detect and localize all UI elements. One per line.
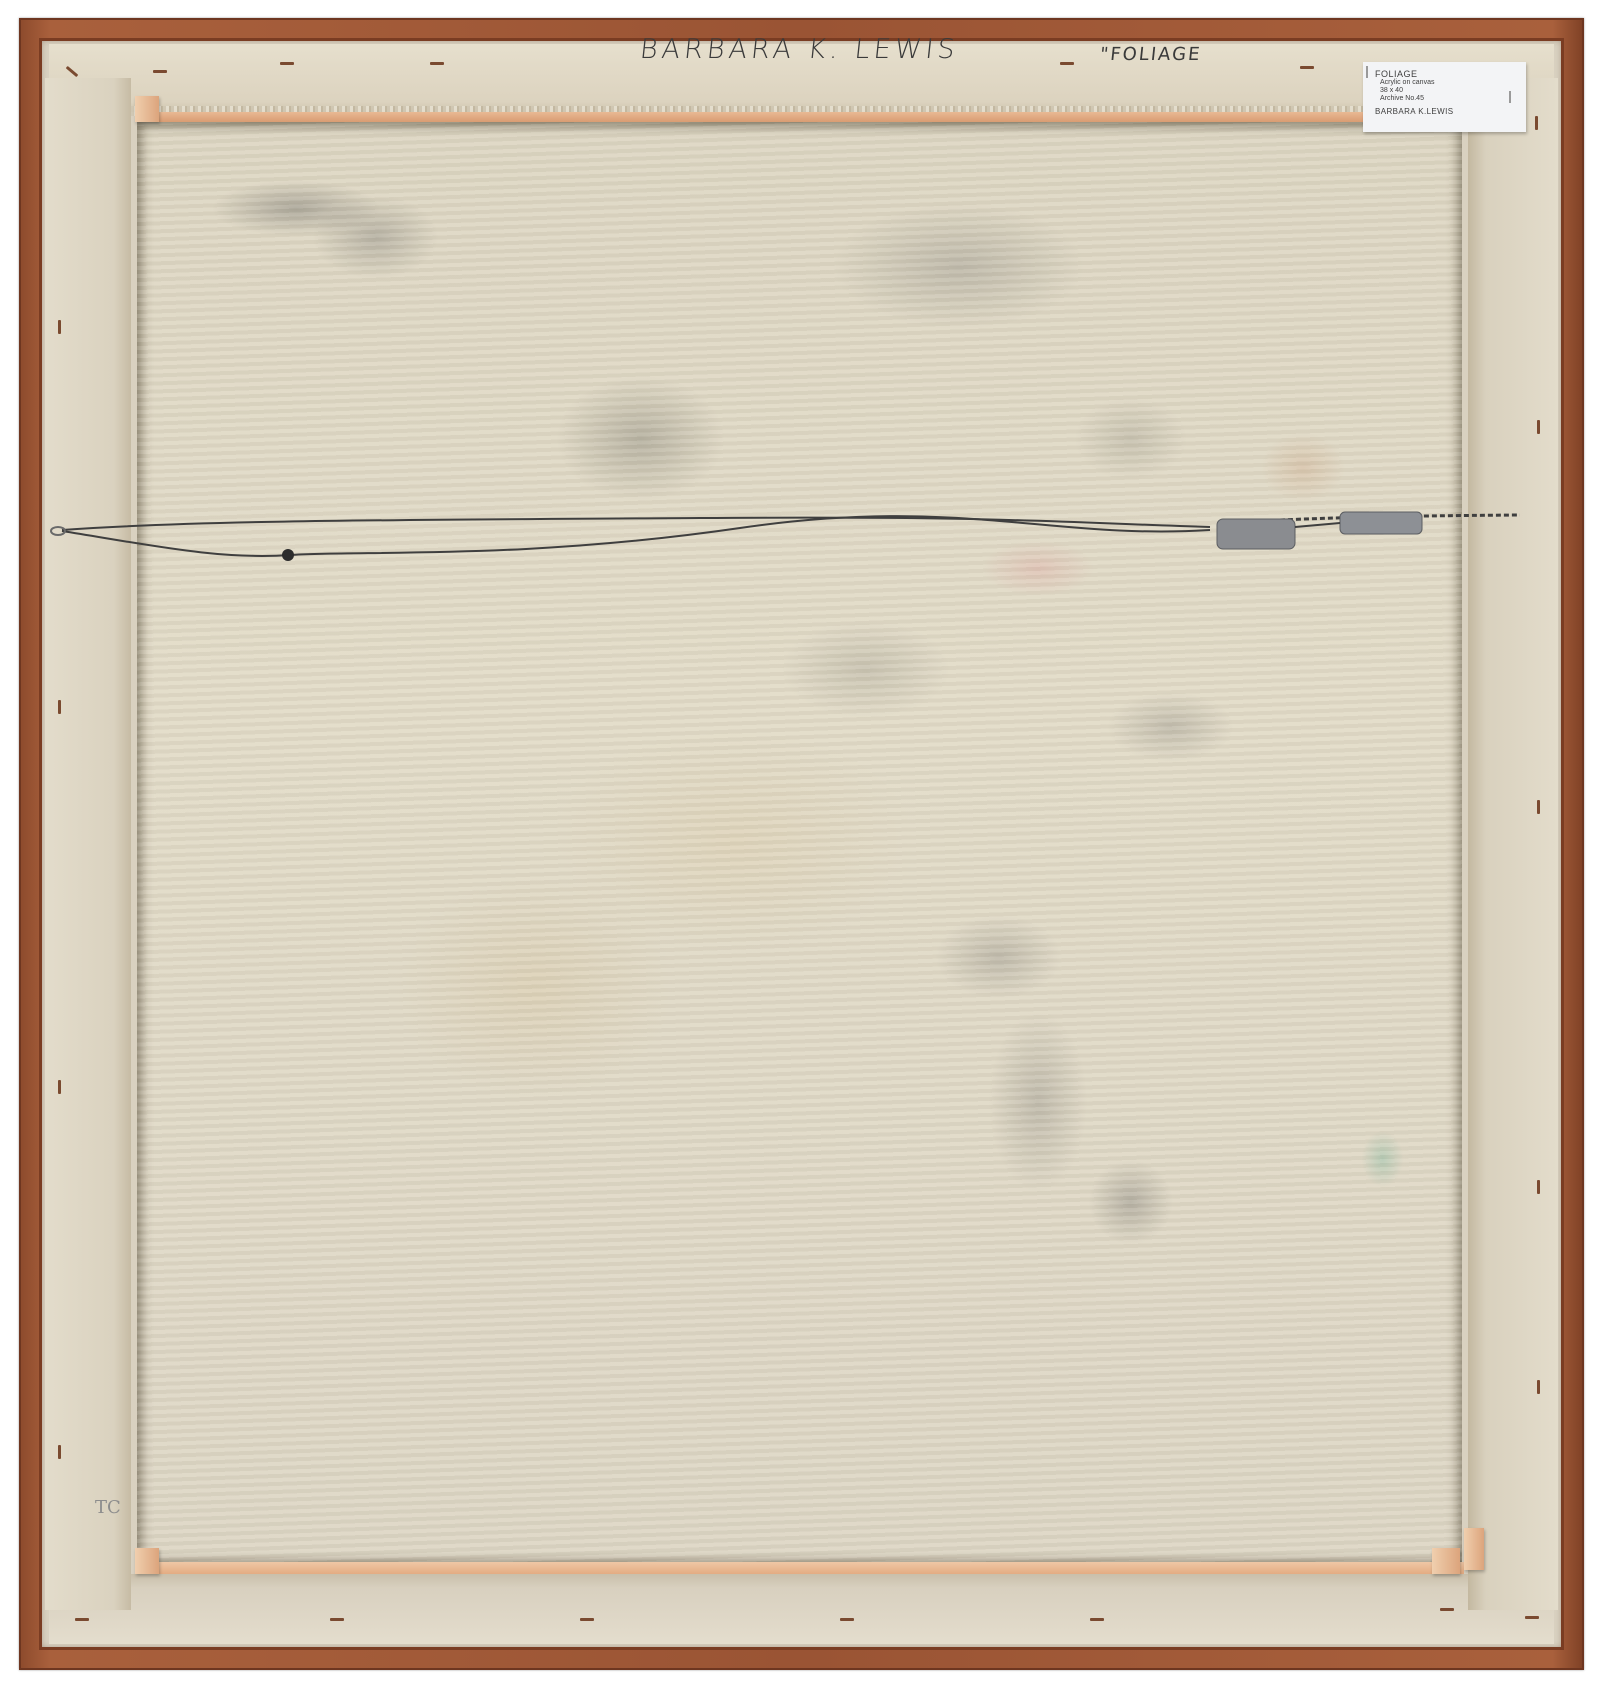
- canvas-back-surface: [137, 122, 1462, 1562]
- label-archive-number: Archive No.45: [1375, 95, 1526, 103]
- canvas-fold-bottom: [49, 1574, 1554, 1644]
- picture-frame: [19, 18, 1584, 1670]
- archive-label: FOLIAGE Acrylic on canvas 38 x 40 Archiv…: [1363, 62, 1526, 132]
- pencil-inscription-artist: BARBARA K. LEWIS: [638, 34, 960, 65]
- staple: [430, 62, 444, 65]
- label-title: FOLIAGE: [1375, 69, 1526, 79]
- staple: [1525, 1616, 1539, 1619]
- label-staple: [1366, 66, 1368, 78]
- staple: [1537, 1180, 1540, 1194]
- corner-mark: TC: [95, 1497, 121, 1518]
- canvas-fold-left: [45, 78, 131, 1610]
- staple: [330, 1618, 344, 1621]
- staple: [1300, 66, 1314, 69]
- staple: [1535, 116, 1538, 130]
- stretcher-key-bottom-right-vertical: [1464, 1528, 1484, 1570]
- stretcher-key-bottom-right: [1432, 1548, 1460, 1574]
- staple: [1440, 1608, 1454, 1611]
- staple: [840, 1618, 854, 1621]
- label-staple: [1509, 91, 1511, 103]
- pencil-inscription-title: "FOLIAGE: [1099, 44, 1203, 65]
- stretcher-bar-top: [135, 112, 1464, 122]
- staple: [580, 1618, 594, 1621]
- staple: [153, 70, 167, 73]
- staple: [58, 1445, 61, 1459]
- staple: [58, 700, 61, 714]
- stretcher-key-top-left: [135, 96, 159, 122]
- stretcher-bar-bottom: [135, 1562, 1464, 1574]
- staple: [75, 1618, 89, 1621]
- frame-interior: [39, 38, 1564, 1650]
- label-medium: Acrylic on canvas: [1375, 79, 1526, 87]
- staple: [58, 320, 61, 334]
- staple: [58, 1080, 61, 1094]
- staple: [1537, 1380, 1540, 1394]
- canvas-fold-right: [1468, 78, 1558, 1610]
- label-dimensions: 38 x 40: [1375, 87, 1526, 95]
- staple: [1537, 800, 1540, 814]
- staple: [280, 62, 294, 65]
- staple: [1090, 1618, 1104, 1621]
- staple: [1537, 420, 1540, 434]
- staple: [1060, 62, 1074, 65]
- stretcher-key-bottom-left: [135, 1548, 159, 1574]
- label-artist: BARBARA K.LEWIS: [1375, 107, 1526, 116]
